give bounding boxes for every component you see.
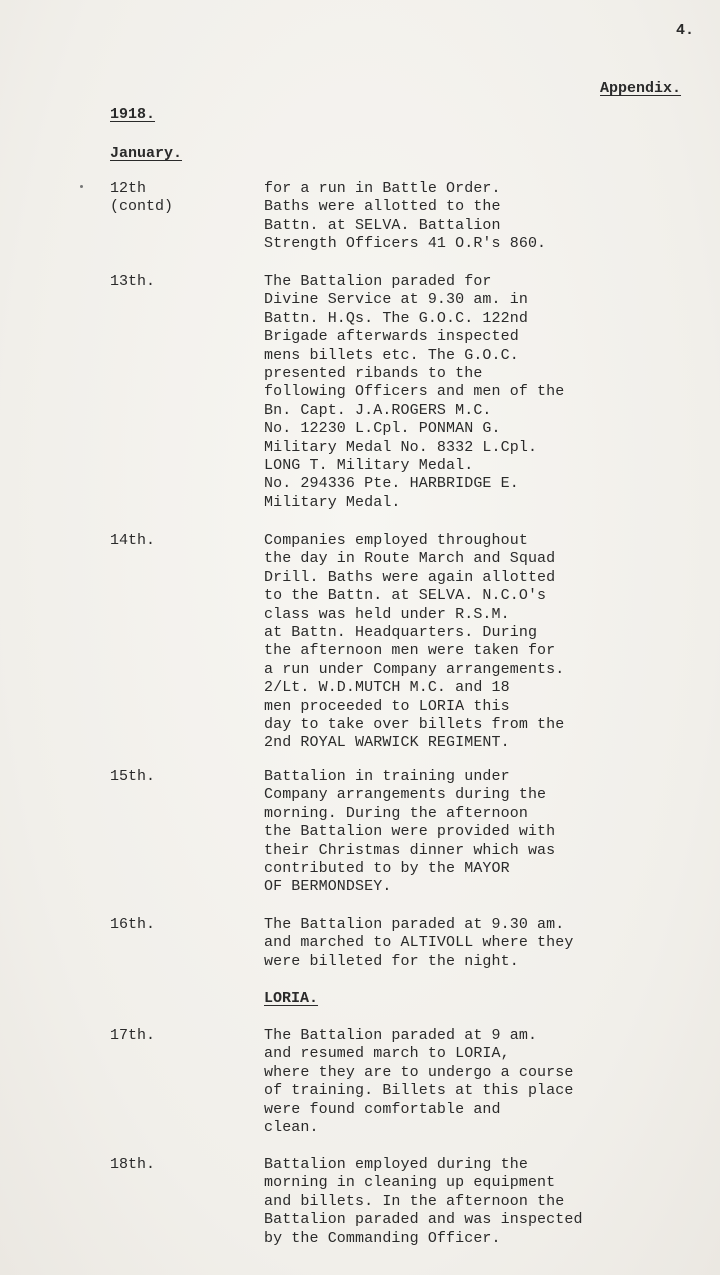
diary-entry: 15th. Battalion in training under Compan… <box>110 768 555 897</box>
year-heading: 1918. <box>110 106 155 123</box>
entry-text: Companies employed throughout the day in… <box>264 532 564 753</box>
entry-date: 16th. <box>110 916 264 971</box>
diary-entry: 13th. The Battalion paraded for Divine S… <box>110 273 564 512</box>
entry-date: 14th. <box>110 532 264 753</box>
margin-mark <box>80 185 83 188</box>
entry-text: Battalion in training under Company arra… <box>264 768 555 897</box>
place-heading: LORIA. <box>264 990 318 1007</box>
diary-entry: 16th. The Battalion paraded at 9.30 am. … <box>110 916 573 971</box>
entry-text: for a run in Battle Order. Baths were al… <box>264 180 546 254</box>
month-heading: January. <box>110 145 182 162</box>
entry-text: The Battalion paraded for Divine Service… <box>264 273 564 512</box>
entry-text: The Battalion paraded at 9.30 am. and ma… <box>264 916 573 971</box>
diary-entry: 18th. Battalion employed during the morn… <box>110 1156 583 1248</box>
diary-entry: 17th. The Battalion paraded at 9 am. and… <box>110 1027 573 1137</box>
entry-date: 13th. <box>110 273 264 512</box>
page-number: 4. <box>676 22 694 39</box>
diary-entry: 14th. Companies employed throughout the … <box>110 532 564 753</box>
entry-text: The Battalion paraded at 9 am. and resum… <box>264 1027 573 1137</box>
diary-entry: 12th (contd) for a run in Battle Order. … <box>110 180 546 254</box>
entry-text: Battalion employed during the morning in… <box>264 1156 583 1248</box>
entry-date: 12th (contd) <box>110 180 264 254</box>
entry-date: 15th. <box>110 768 264 897</box>
entry-date: 18th. <box>110 1156 264 1248</box>
document-page: 4. Appendix. 1918. January. 12th (contd)… <box>0 0 720 1275</box>
entry-date: 17th. <box>110 1027 264 1137</box>
appendix-label: Appendix. <box>600 80 681 97</box>
